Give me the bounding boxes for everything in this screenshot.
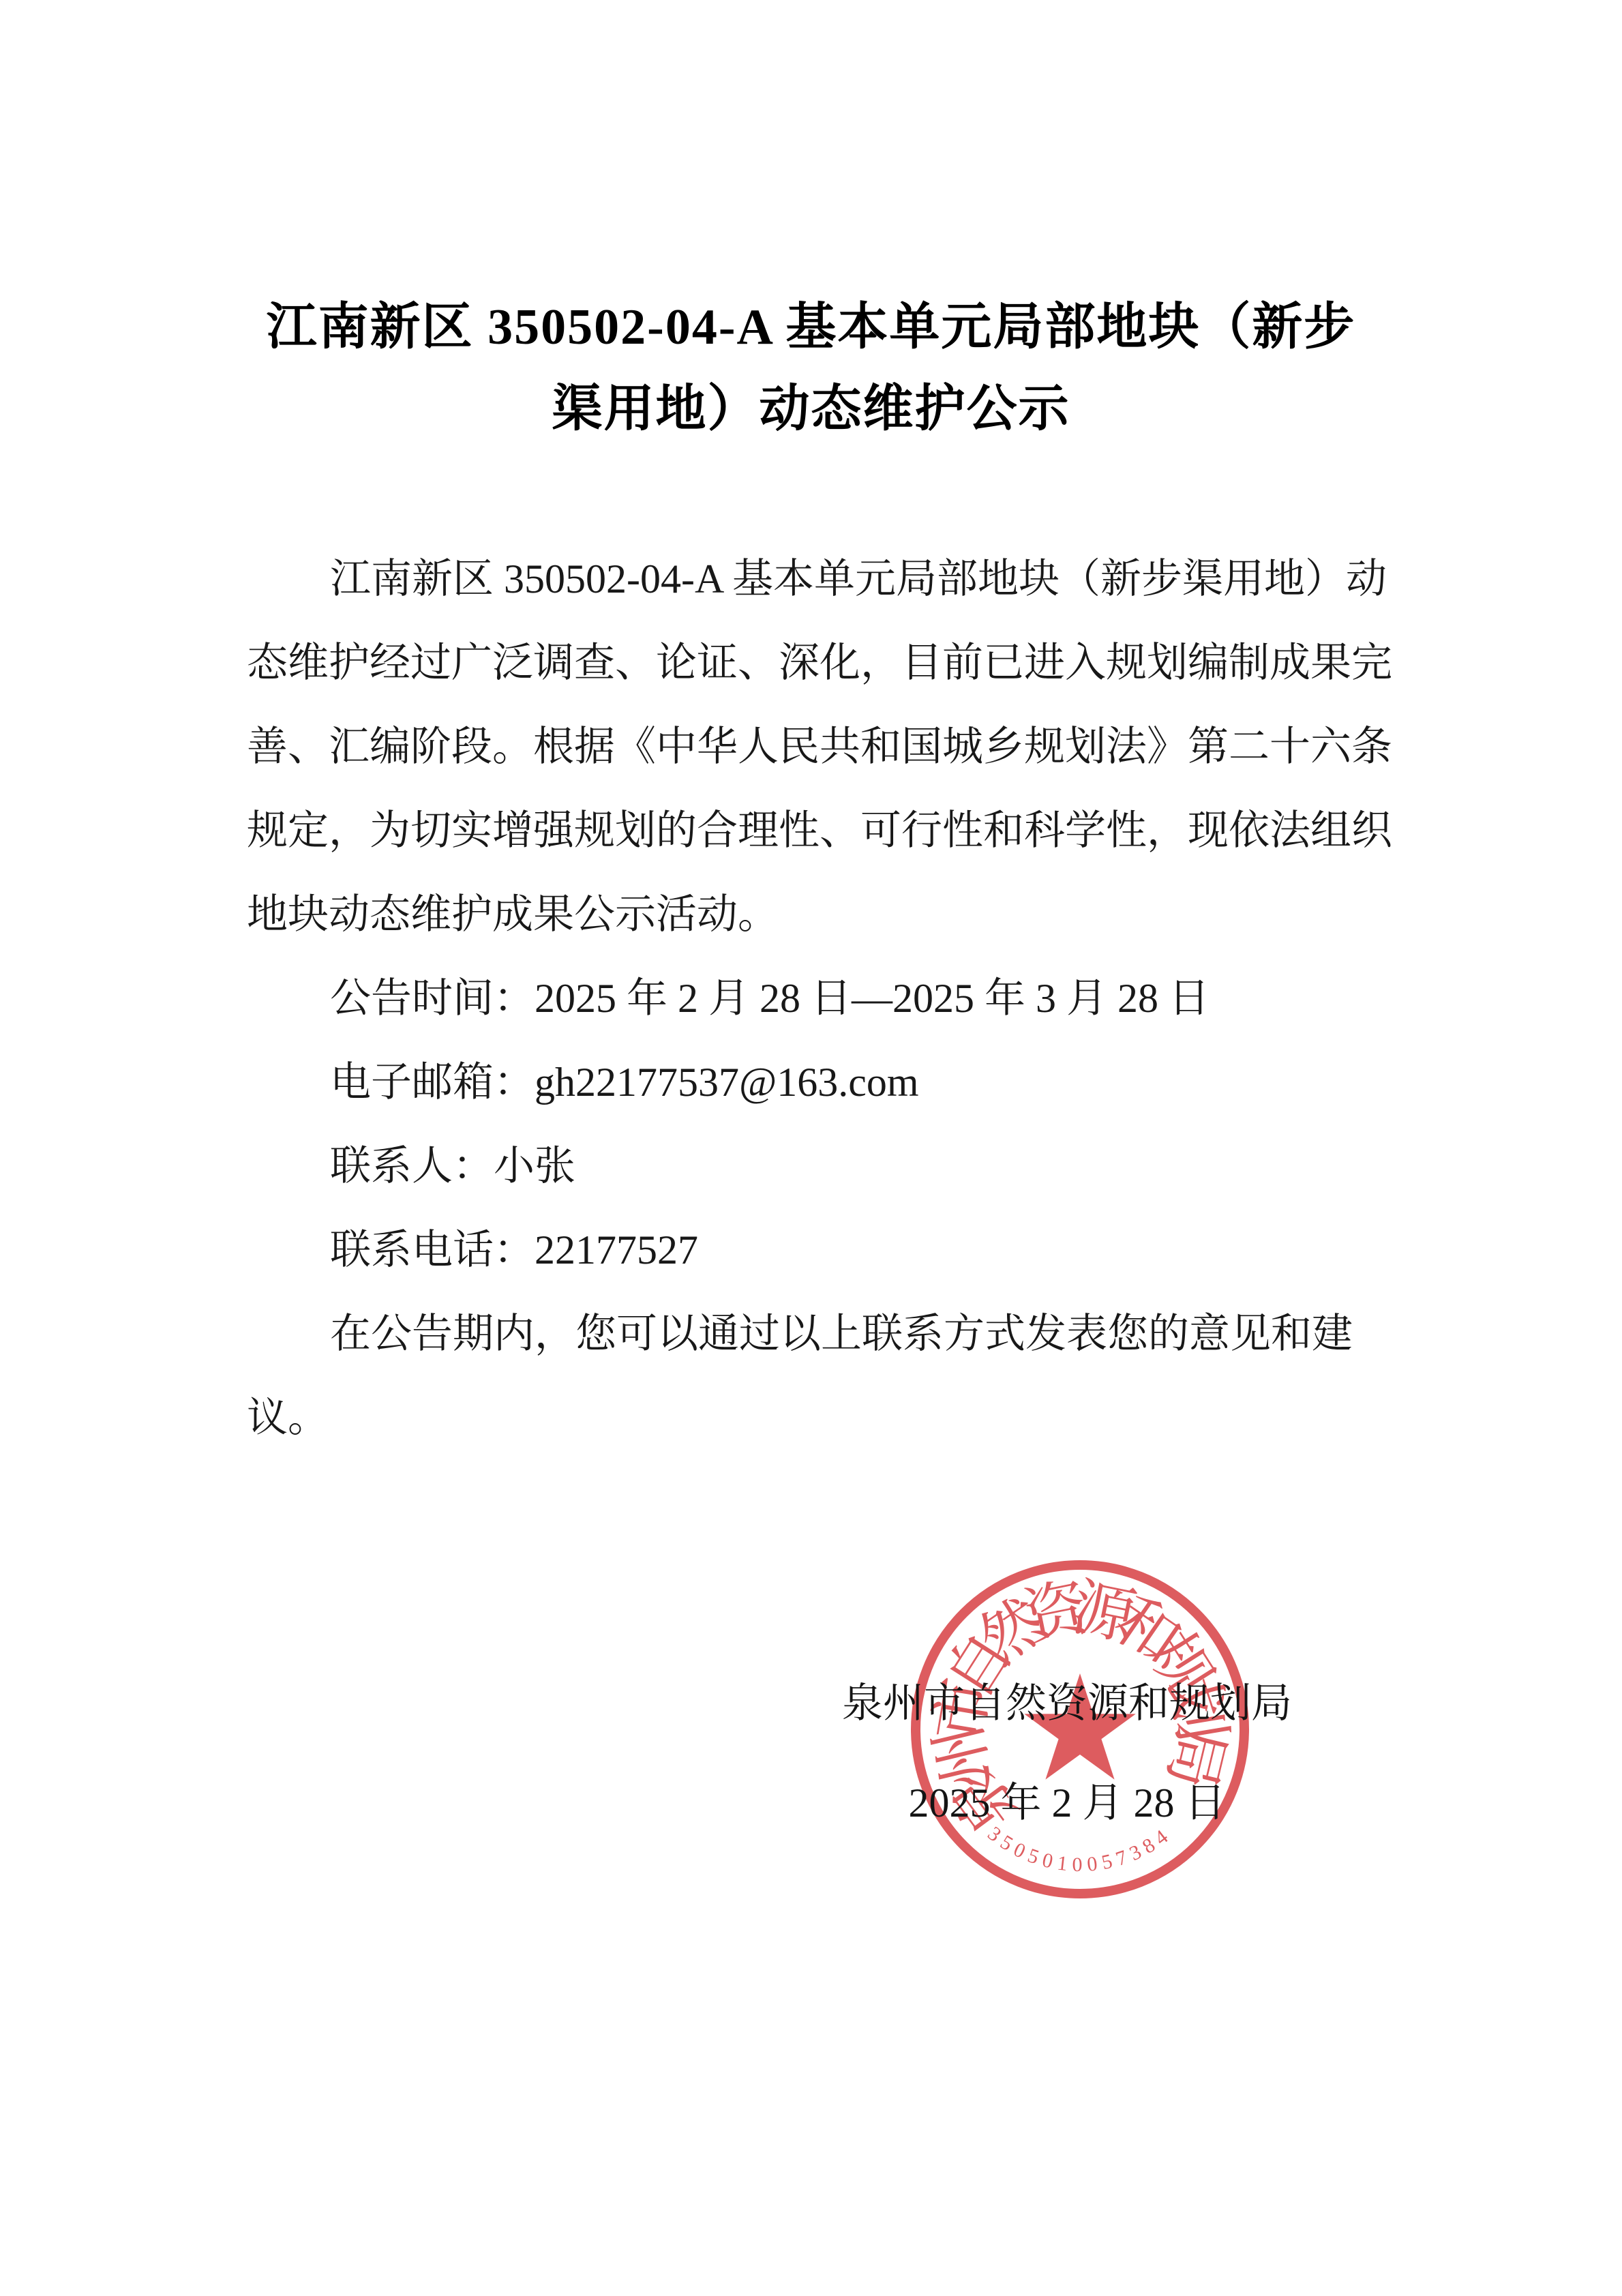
body-line: 在公告期内，您可以通过以上联系方式发表您的意见和建 bbox=[247, 1292, 1400, 1376]
body-line: 态维护经过广泛调查、论证、深化，目前已进入规划编制成果完 bbox=[247, 621, 1400, 705]
title-line-2: 渠用地）动态维护公示 bbox=[0, 368, 1622, 450]
contact-person-line: 联系人：小张 bbox=[247, 1124, 1400, 1208]
document-page: 江南新区 350502-04-A 基本单元局部地块（新步 渠用地）动态维护公示 … bbox=[0, 0, 1622, 2296]
email-line: 电子邮箱：gh22177537@163.com bbox=[247, 1041, 1400, 1124]
body-line: 善、汇编阶段。根据《中华人民共和国城乡规划法》第二十六条 bbox=[247, 705, 1400, 789]
notice-period-line: 公告时间：2025 年 2 月 28 日—2025 年 3 月 28 日 bbox=[247, 957, 1400, 1041]
signature-date: 2025 年 2 月 28 日 bbox=[842, 1753, 1292, 1853]
body-line: 地块动态维护成果公示活动。 bbox=[247, 873, 1400, 957]
body-line: 规定，为切实增强规划的合理性、可行性和科学性，现依法组织 bbox=[247, 789, 1400, 873]
phone-line: 联系电话：22177527 bbox=[247, 1208, 1400, 1292]
agency-name: 泉州市自然资源和规划局 bbox=[842, 1654, 1292, 1753]
signature-block: 泉州市自然资源和规划局 2025 年 2 月 28 日 bbox=[842, 1654, 1292, 1853]
notice-body: 江南新区 350502-04-A 基本单元局部地块（新步渠用地）动 态维护经过广… bbox=[247, 537, 1400, 1460]
page-title: 江南新区 350502-04-A 基本单元局部地块（新步 渠用地）动态维护公示 bbox=[0, 286, 1622, 450]
title-line-1: 江南新区 350502-04-A 基本单元局部地块（新步 bbox=[0, 286, 1622, 368]
body-line: 江南新区 350502-04-A 基本单元局部地块（新步渠用地）动 bbox=[247, 537, 1400, 621]
body-line: 议。 bbox=[247, 1376, 1400, 1460]
